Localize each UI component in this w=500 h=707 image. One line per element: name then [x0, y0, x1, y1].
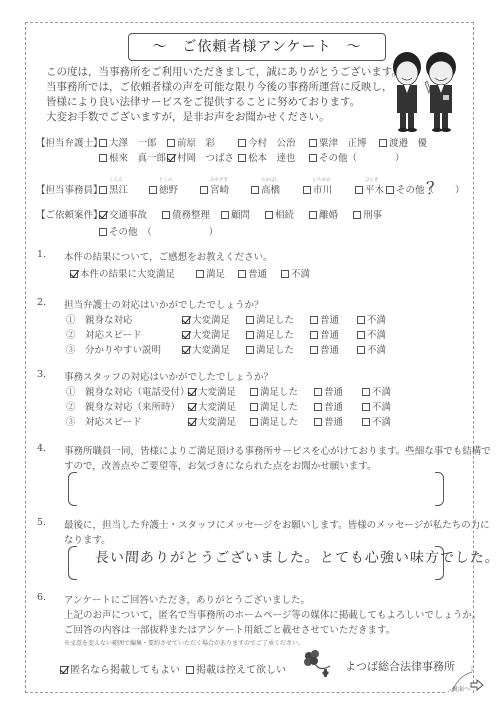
checkbox[interactable]: [303, 186, 311, 194]
staff-label: 【担当事務員】: [36, 182, 103, 196]
q2-row-1-very-satisfied[interactable]: 大変満足: [182, 312, 230, 326]
checkbox[interactable]: [238, 154, 246, 162]
intro-line-2: 当事務所では，ご依頼者様の声を可能な限り今後の事務所運営に反映し，: [46, 79, 393, 94]
option-label: 粟津 正博: [319, 138, 367, 149]
intro-line-4: 大変お手数でございますが，是非お声をお聞かせください。: [46, 109, 330, 124]
option-label: 不満: [372, 402, 391, 413]
checkbox-checked[interactable]: [182, 331, 190, 339]
lawyer-option-watanabe[interactable]: 渡邉 優: [379, 135, 427, 149]
q2-row-2-dissatisfied[interactable]: 不満: [357, 327, 386, 341]
option-label: 今村 公治: [248, 138, 296, 149]
checkbox[interactable]: [362, 388, 370, 396]
furigana: みやざき: [210, 177, 228, 183]
checkbox[interactable]: [314, 388, 322, 396]
option-label: 大変満足: [198, 402, 236, 413]
option-label: 普通: [320, 330, 339, 341]
option-label: 普通: [248, 269, 267, 280]
checkbox[interactable]: [162, 211, 170, 219]
lawyer-option-osawa[interactable]: 大澤 一郎: [99, 135, 157, 149]
option-label: 普通: [324, 387, 343, 398]
q4-answer-field[interactable]: [81, 480, 432, 500]
checkbox[interactable]: [99, 139, 107, 147]
q3-row-2-very-satisfied[interactable]: 大変満足: [188, 399, 236, 413]
checkbox[interactable]: [379, 139, 387, 147]
staff-other-close: ）: [455, 182, 465, 196]
q4-number: 4.: [37, 443, 46, 454]
furigana: くろえ: [109, 177, 123, 183]
q4-text-line-2: すので，改善点やご要望等，お気づきになられた点をお聞かせ願います。: [64, 458, 377, 472]
lawyer-option-awazu[interactable]: 粟津 正博: [309, 135, 367, 149]
q2-row-3-label: ③ 分かりやすい説明: [66, 342, 161, 356]
q3-row-1-satisfied[interactable]: 満足した: [250, 384, 298, 398]
case-option-inheritance[interactable]: 相続: [265, 207, 294, 221]
lawyer-label: 【担当弁護士】: [36, 135, 103, 149]
case-option-divorce[interactable]: 離婚: [309, 207, 338, 221]
staff-option-hiraki[interactable]: ひらき平木: [355, 182, 384, 196]
q1-option-dissatisfied[interactable]: 不満: [281, 266, 310, 280]
staff-other-handwritten[interactable]: ？: [426, 174, 443, 199]
option-label: その他（ ）: [319, 153, 405, 164]
q2-number: 2.: [37, 297, 46, 308]
q3-row-3-label: ③ 対応スピード: [66, 414, 142, 428]
case-option-debt[interactable]: 債務整理: [162, 207, 210, 221]
staff-option-ichikawa[interactable]: いちかわ市川: [303, 182, 332, 196]
q3-row-2-label: ② 親身な対応（来所時）: [66, 399, 180, 413]
option-label: 相続: [275, 210, 294, 221]
checkbox[interactable]: [250, 388, 258, 396]
case-type-label: 【ご依頼案件】: [36, 207, 103, 221]
staff-option-tokuno[interactable]: とくの徳野: [149, 182, 178, 196]
q1-option-average[interactable]: 普通: [238, 266, 267, 280]
checkbox[interactable]: [246, 331, 254, 339]
q6-number: 6.: [37, 592, 46, 603]
checkbox[interactable]: [250, 418, 258, 426]
q2-row-3-satisfied[interactable]: 満足した: [246, 342, 294, 356]
checkbox[interactable]: [99, 186, 107, 194]
checkbox[interactable]: [314, 403, 322, 411]
q6-text-line-2: 上記のお声について，匿名で当事務所のホームページ等の媒体に掲載してもよろしいでし…: [64, 607, 481, 621]
q2-row-1-dissatisfied[interactable]: 不満: [357, 312, 386, 326]
q4-text-line-1: 事務所職員一同，皆様によりご満足頂ける事務所サービスを心がけております。些細な事…: [64, 443, 491, 457]
checkbox[interactable]: [99, 154, 107, 162]
checkbox[interactable]: [200, 186, 208, 194]
q2-row-3-average[interactable]: 普通: [310, 342, 339, 356]
checkbox[interactable]: [310, 331, 318, 339]
option-label: 匿名なら掲載してもよい: [70, 665, 180, 676]
option-label: 村岡 つばさ: [177, 153, 234, 164]
q6-text-line-1: アンケートにご回答いただき，ありがとうございました。: [64, 592, 310, 606]
q2-row-2-satisfied[interactable]: 満足した: [246, 327, 294, 341]
q6-text-line-3: ご回答の内容は一部抜粋またはアンケート用紙ごと載せさせていただきます。: [64, 622, 395, 636]
option-label: 不満: [291, 269, 310, 280]
option-label: 渡邉 優: [389, 138, 427, 149]
case-option-traffic[interactable]: 交通事故: [99, 207, 147, 221]
checkbox[interactable]: [251, 186, 259, 194]
q5-number: 5.: [37, 517, 46, 528]
intro-line-3: 皆様により良い法律サービスをご提供することに努めております。: [46, 94, 360, 109]
q3-row-3-dissatisfied[interactable]: 不満: [362, 414, 391, 428]
option-label: 高橋: [261, 185, 280, 196]
checkbox[interactable]: [238, 139, 246, 147]
checkbox[interactable]: [281, 270, 289, 278]
q2-row-2-average[interactable]: 普通: [310, 327, 339, 341]
checkbox-checked[interactable]: [188, 403, 196, 411]
checkbox[interactable]: [357, 346, 365, 354]
option-label: 前原 彩: [177, 138, 215, 149]
case-option-criminal[interactable]: 刑事: [353, 207, 382, 221]
option-label: 松本 達也: [248, 153, 296, 164]
option-label: 満足: [206, 269, 225, 280]
q3-row-1-very-satisfied[interactable]: 大変満足: [188, 384, 236, 398]
checkbox[interactable]: [362, 418, 370, 426]
staff-option-kuroe[interactable]: くろえ黒江: [99, 182, 128, 196]
checkbox[interactable]: [167, 139, 175, 147]
checkbox[interactable]: [250, 403, 258, 411]
option-label: 満足した: [256, 315, 294, 326]
checkbox-checked[interactable]: [188, 418, 196, 426]
option-label: 根來 真一郎: [109, 153, 166, 164]
q2-row-3-very-satisfied[interactable]: 大変満足: [182, 342, 230, 356]
option-label: 刑事: [363, 210, 382, 221]
q4-bracket-right: [435, 472, 444, 506]
q5-bracket-left: [68, 546, 77, 580]
publish-decline[interactable]: 掲載は控えて欲しい: [186, 661, 286, 676]
option-label: 本件の結果に大変満足: [80, 269, 175, 280]
four-leaf-clover-icon: [300, 648, 340, 678]
checkbox-checked[interactable]: [167, 154, 175, 162]
q2-row-2-very-satisfied[interactable]: 大変満足: [182, 327, 230, 341]
checkbox-checked[interactable]: [182, 316, 190, 324]
checkbox[interactable]: [355, 186, 363, 194]
option-label: 満足した: [260, 387, 298, 398]
option-label: 大変満足: [198, 417, 236, 428]
q3-row-3-very-satisfied[interactable]: 大変満足: [188, 414, 236, 428]
publish-anonymous-ok[interactable]: 匿名なら掲載してもよい: [60, 661, 180, 676]
option-label: 大変満足: [192, 330, 230, 341]
checkbox-checked[interactable]: [60, 666, 68, 674]
lawyer-option-muraoka[interactable]: 村岡 つばさ: [167, 150, 234, 164]
q3-row-3-average[interactable]: 普通: [314, 414, 343, 428]
checkbox[interactable]: [149, 186, 157, 194]
q3-row-2-satisfied[interactable]: 満足した: [250, 399, 298, 413]
checkbox-checked[interactable]: [70, 270, 78, 278]
lawyer-option-other[interactable]: その他（ ）: [309, 150, 405, 164]
q3-question: 事務スタッフの対応はいかがでしたでしょうか？: [64, 369, 273, 383]
checkbox[interactable]: [221, 211, 229, 219]
q2-row-2-label: ② 対応スピード: [66, 327, 142, 341]
checkbox[interactable]: [310, 316, 318, 324]
option-label: 不満: [372, 417, 391, 428]
option-label: 交通事故: [109, 210, 147, 221]
checkbox[interactable]: [357, 331, 365, 339]
staff-illustration: [385, 45, 465, 133]
q2-row-1-label: ① 親身な対応: [66, 312, 133, 326]
page-turn-label[interactable]: 裏面へ: [452, 684, 470, 693]
q2-row-1-satisfied[interactable]: 満足した: [246, 312, 294, 326]
q3-row-1-average[interactable]: 普通: [314, 384, 343, 398]
q3-row-2-average[interactable]: 普通: [314, 399, 343, 413]
option-label: 掲載は控えて欲しい: [196, 665, 286, 676]
option-label: 不満: [367, 315, 386, 326]
option-label: 大変満足: [192, 345, 230, 356]
checkbox[interactable]: [314, 418, 322, 426]
option-label: 満足した: [260, 402, 298, 413]
q3-number: 3.: [37, 369, 46, 380]
q1-number: 1.: [37, 249, 46, 260]
option-label: 満足した: [256, 345, 294, 356]
option-label: 黒江: [109, 185, 128, 196]
q5-text-line-2: なります。: [64, 532, 111, 546]
q3-row-1-dissatisfied[interactable]: 不満: [362, 384, 391, 398]
furigana: いちかわ: [313, 177, 331, 183]
checkbox-checked[interactable]: [182, 346, 190, 354]
option-label: 満足した: [256, 330, 294, 341]
option-label: 満足した: [260, 417, 298, 428]
checkbox-checked[interactable]: [99, 211, 107, 219]
option-label: 普通: [320, 345, 339, 356]
checkbox[interactable]: [99, 228, 107, 236]
checkbox[interactable]: [246, 316, 254, 324]
staff-option-takahashi[interactable]: たかはし高橋: [251, 182, 280, 196]
checkbox[interactable]: [196, 270, 204, 278]
furigana: とくの: [159, 177, 173, 183]
option-label: その他 （ ）: [109, 227, 218, 238]
q3-row-3-satisfied[interactable]: 満足した: [250, 414, 298, 428]
case-option-other[interactable]: その他 （ ）: [99, 224, 218, 238]
checkbox[interactable]: [362, 403, 370, 411]
option-label: 普通: [320, 315, 339, 326]
intro-line-1: この度は，当事務所をご利用いただきまして，誠にありがとうございます。: [46, 64, 402, 79]
option-label: 不満: [367, 330, 386, 341]
arrow-right-icon[interactable]: [470, 679, 484, 691]
option-label: 不満: [372, 387, 391, 398]
q1-option-satisfied[interactable]: 満足: [196, 266, 225, 280]
option-label: 平木: [365, 185, 384, 196]
checkbox[interactable]: [246, 346, 254, 354]
checkbox[interactable]: [309, 211, 317, 219]
furigana: ひらき: [365, 177, 379, 183]
option-label: 離婚: [319, 210, 338, 221]
case-option-advisor[interactable]: 顧問: [221, 207, 250, 221]
q3-row-2-dissatisfied[interactable]: 不満: [362, 399, 391, 413]
checkbox[interactable]: [186, 666, 194, 674]
option-label: 大澤 一郎: [109, 138, 157, 149]
option-label: 大変満足: [198, 387, 236, 398]
q4-bracket-left: [68, 472, 77, 506]
q6-note: ※文意を変えない範囲で編集・要約させていただく場合がありますのでご了承ください。: [64, 638, 304, 647]
furigana: たかはし: [261, 177, 279, 183]
option-label: 顧問: [231, 210, 250, 221]
lawyer-option-matsumoto[interactable]: 松本 達也: [238, 150, 296, 164]
q1-option-very-satisfied[interactable]: 本件の結果に大変満足: [70, 266, 175, 280]
lawyer-option-imamura[interactable]: 今村 公治: [238, 135, 296, 149]
q3-row-1-label: ① 親身な対応（電話受付）: [66, 384, 190, 398]
q2-row-1-average[interactable]: 普通: [310, 312, 339, 326]
option-label: 徳野: [159, 185, 178, 196]
q1-question: 本件の結果について，ご感想をお教えください。: [64, 249, 273, 263]
q2-row-3-dissatisfied[interactable]: 不満: [357, 342, 386, 356]
lawyer-option-negoro[interactable]: 根來 真一郎: [99, 150, 166, 164]
staff-option-miyazaki[interactable]: みやざき宮崎: [200, 182, 229, 196]
q5-answer-handwritten[interactable]: 長い間ありがとうございました。とても心強い味方でした。: [94, 547, 500, 567]
option-label: 市川: [313, 185, 332, 196]
checkbox[interactable]: [309, 154, 317, 162]
checkbox[interactable]: [357, 316, 365, 324]
option-label: 大変満足: [192, 315, 230, 326]
q2-question: 担当弁護士の対応はいかがでしたでしょうか？: [64, 297, 264, 311]
office-name: よつば総合法律事務所: [345, 658, 455, 674]
lawyer-option-maehara[interactable]: 前原 彩: [167, 135, 215, 149]
form-border-bottom: [25, 692, 445, 693]
checkbox[interactable]: [353, 211, 361, 219]
option-label: 債務整理: [172, 210, 210, 221]
checkbox-checked[interactable]: [188, 388, 196, 396]
checkbox[interactable]: [310, 346, 318, 354]
q5-text-line-1: 最後に，担当した弁護士・スタッフにメッセージをお願いします。皆様のメッセージが私…: [64, 517, 490, 531]
option-label: 宮崎: [210, 185, 229, 196]
option-label: 普通: [324, 402, 343, 413]
checkbox[interactable]: [238, 270, 246, 278]
option-label: 普通: [324, 417, 343, 428]
checkbox[interactable]: [386, 186, 394, 194]
checkbox[interactable]: [309, 139, 317, 147]
page-title: ～ ご依頼者様アンケート ～: [128, 33, 386, 61]
option-label: 不満: [367, 345, 386, 356]
checkbox[interactable]: [265, 211, 273, 219]
